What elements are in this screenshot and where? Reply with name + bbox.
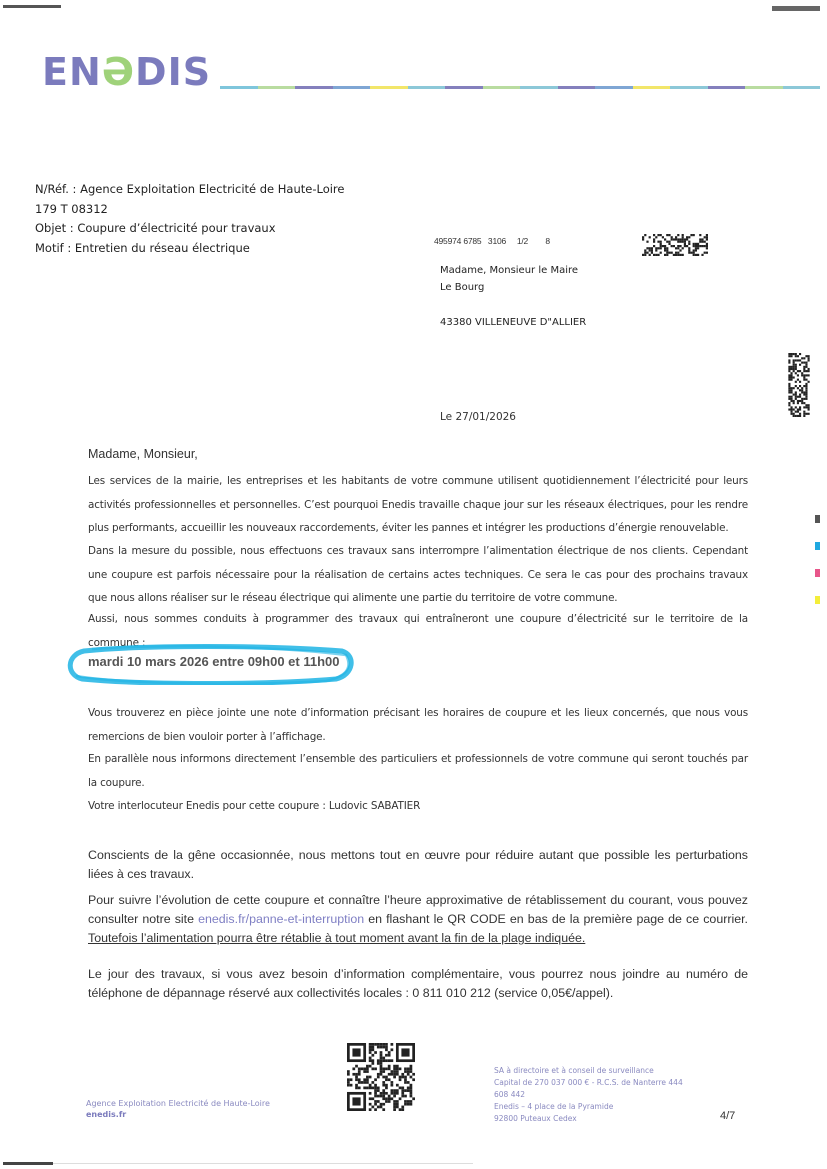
rule-segment	[258, 86, 296, 89]
datamatrix-barcode-vertical-icon	[788, 353, 810, 417]
rule-segment	[445, 86, 483, 89]
qr-code-icon[interactable]	[347, 1043, 415, 1111]
paragraph-context: Dans la mesure du possible, nous effectu…	[88, 540, 748, 611]
legal-line: SA à directoire et à conseil de surveill…	[494, 1065, 683, 1077]
rule-segment	[220, 86, 258, 89]
scan-mark-top-right	[772, 6, 820, 11]
recipient-line1: Madame, Monsieur le Maire	[440, 262, 586, 279]
rule-segment	[558, 86, 596, 89]
enedis-logo: ENƏDIS	[42, 52, 211, 92]
legal-line: 608 442	[494, 1089, 683, 1101]
paragraph-tracking: Pour suivre l’évolution de cette coupure…	[88, 891, 748, 948]
paragraph-apology: Conscients de la gêne occasionnée, nous …	[88, 846, 748, 884]
scan-line-bottom	[53, 1163, 473, 1164]
registration-mark-black	[815, 515, 820, 523]
footer-site-link[interactable]: enedis.fr	[86, 1109, 270, 1120]
outage-date: mardi 10 mars 2026 entre 09h00 et 11h00	[88, 654, 340, 669]
tracking-text-after: en flashant le QR CODE en bas de la prem…	[364, 912, 748, 926]
rule-segment	[745, 86, 783, 89]
rule-segment	[295, 86, 333, 89]
paragraph-attachment: Vous trouverez en pièce jointe une note …	[88, 702, 748, 749]
scan-mark-top-left	[3, 5, 61, 8]
rule-segment	[670, 86, 708, 89]
reference-block: N/Réf. : Agence Exploitation Electricité…	[35, 180, 344, 258]
paragraph-intro: Les services de la mairie, les entrepris…	[88, 470, 748, 541]
logo-part-e: Ə	[102, 50, 135, 94]
legal-line: Enedis – 4 place de la Pyramide	[494, 1101, 683, 1113]
rule-segment	[408, 86, 446, 89]
header-color-rule	[220, 86, 820, 89]
recipient-line2: Le Bourg	[440, 279, 586, 296]
logo-part-en: EN	[42, 50, 102, 94]
rule-segment	[708, 86, 746, 89]
scan-mark-bottom-left	[3, 1162, 53, 1165]
legal-line: 92800 Puteaux Cedex	[494, 1113, 683, 1125]
logo-part-dis: DIS	[135, 50, 211, 94]
salutation: Madame, Monsieur,	[88, 447, 198, 461]
reference-code: 179 T 08312	[35, 200, 344, 220]
rule-segment	[333, 86, 371, 89]
rule-segment	[783, 86, 821, 89]
recipient-city: 43380 VILLENEUVE D"ALLIER	[440, 314, 586, 331]
footer-legal-info: SA à directoire et à conseil de surveill…	[494, 1065, 683, 1125]
rule-segment	[633, 86, 671, 89]
paragraph-information: En parallèle nous informons directement …	[88, 748, 748, 795]
letter-date: Le 27/01/2026	[440, 411, 516, 423]
registration-mark-magenta	[815, 569, 820, 577]
registration-mark-yellow	[815, 596, 820, 604]
legal-line: Capital de 270 037 000 € - R.C.S. de Nan…	[494, 1077, 683, 1089]
tracking-disclaimer: Toutefois l’alimentation pourra être rét…	[88, 931, 585, 945]
outage-tracking-link[interactable]: enedis.fr/panne-et-interruption	[198, 912, 364, 926]
datamatrix-barcode-icon	[642, 234, 708, 256]
rule-segment	[370, 86, 408, 89]
reference-motif: Motif : Entretien du réseau électrique	[35, 239, 344, 259]
reference-nref: N/Réf. : Agence Exploitation Electricité…	[35, 180, 344, 200]
footer-agency: Agence Exploitation Electricité de Haute…	[86, 1098, 270, 1120]
recipient-address: Madame, Monsieur le Maire Le Bourg 43380…	[440, 262, 586, 331]
rule-segment	[483, 86, 521, 89]
paragraph-contact: Votre interlocuteur Enedis pour cette co…	[88, 795, 748, 819]
paragraph-phone: Le jour des travaux, si vous avez besoin…	[88, 965, 748, 1003]
registration-mark-cyan	[815, 542, 820, 550]
page-number: 4/7	[720, 1110, 735, 1122]
rule-segment	[520, 86, 558, 89]
reference-objet: Objet : Coupure d’électricité pour trava…	[35, 219, 344, 239]
footer-agency-name: Agence Exploitation Electricité de Haute…	[86, 1098, 270, 1109]
rule-segment	[595, 86, 633, 89]
mailing-code: 495974 6785 3106 1/2 8	[434, 236, 550, 246]
